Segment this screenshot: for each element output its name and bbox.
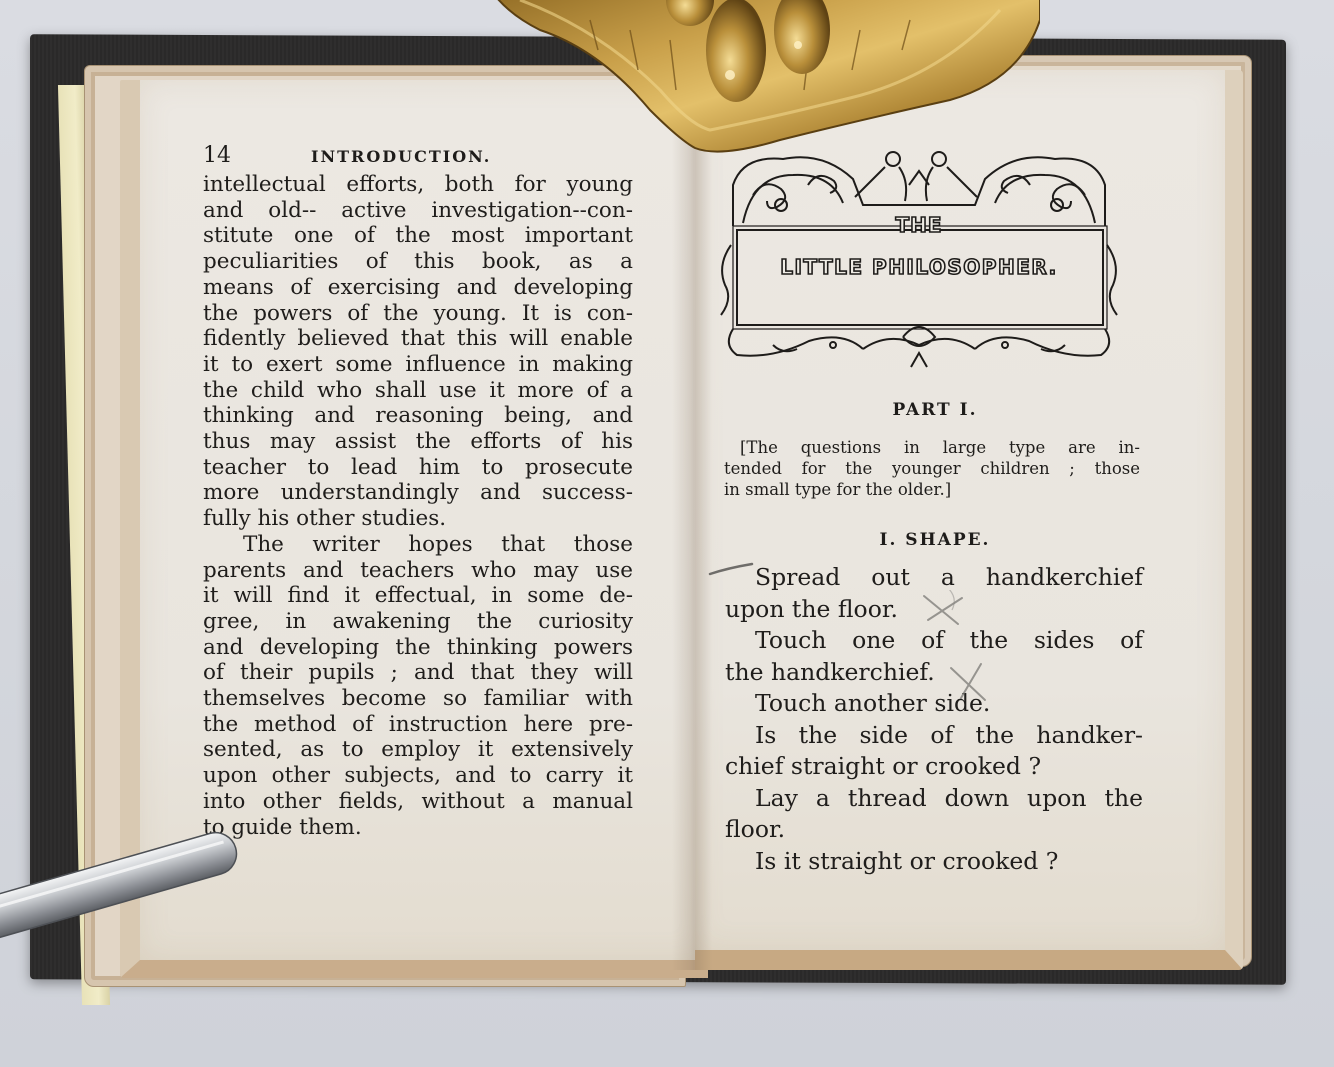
part-heading: PART I.	[720, 400, 1150, 420]
text-line: and old-- active investigation--con-	[203, 198, 633, 224]
brass-ornament-weight-icon	[480, 0, 1040, 160]
text-line: it will find it effectual, in some de-	[203, 583, 633, 609]
metal-rod-pointer-icon	[0, 820, 260, 940]
question-line: upon the floor.	[725, 594, 1143, 626]
text-line: into other fields, without a manual	[203, 789, 633, 815]
text-line: the method of instruction here pre-	[203, 712, 633, 738]
text-line: it to exert some influence in making	[203, 352, 633, 378]
title-line-main: LITTLE PHILOSOPHER.	[713, 255, 1125, 279]
book-gutter	[672, 80, 712, 970]
text-line: and developing the thinking powers	[203, 635, 633, 661]
text-line: parents and teachers who may use	[203, 558, 633, 584]
question-line: floor.	[725, 814, 1143, 846]
question-line: Is it straight or crooked ?	[725, 846, 1143, 878]
note-line: in small type for the older.]	[724, 479, 1140, 500]
question-line: Touch another side.	[725, 688, 1143, 720]
question-line: Touch one of the sides of	[725, 625, 1143, 657]
note-line: tended for the younger children ; those	[724, 458, 1140, 479]
section-heading: I. SHAPE.	[720, 530, 1150, 550]
instruction-note: [The questions in large type are in- ten…	[724, 437, 1140, 500]
book-photo-scene: 14 INTRODUCTION. intellectual efforts, b…	[0, 0, 1334, 1067]
question-line: Is the side of the handker-	[725, 720, 1143, 752]
question-line: Lay a thread down upon the	[725, 783, 1143, 815]
text-line: teacher to lead him to prosecute	[203, 455, 633, 481]
question-line: chief straight or crooked ?	[725, 751, 1143, 783]
text-line: gree, in awakening the curiosity	[203, 609, 633, 635]
text-line: upon other subjects, and to carry it	[203, 763, 633, 789]
question-line: the handkerchief.	[725, 657, 1143, 689]
question-line: Spread out a handkerchief	[725, 562, 1143, 594]
text-line: stitute one of the most important	[203, 223, 633, 249]
text-line: thinking and reasoning being, and	[203, 403, 633, 429]
text-line: fully his other studies.	[203, 506, 633, 532]
note-line: [The questions in large type are in-	[724, 437, 1140, 458]
right-page-body: Spread out a handkerchief upon the floor…	[725, 562, 1143, 877]
text-line: thus may assist the efforts of his	[203, 429, 633, 455]
text-line: sented, as to employ it extensively	[203, 737, 633, 763]
text-line: the powers of the young. It is con-	[203, 301, 633, 327]
text-line: intellectual efforts, both for young	[203, 172, 633, 198]
text-line: more understandingly and success-	[203, 480, 633, 506]
text-line: themselves become so familiar with	[203, 686, 633, 712]
title-cartouche: THE LITTLE PHILOSOPHER.	[713, 145, 1125, 370]
text-line: The writer hopes that those	[203, 532, 633, 558]
text-line: of their pupils ; and that they will	[203, 660, 633, 686]
text-line: fidently believed that this will enable	[203, 326, 633, 352]
title-line-the: THE	[713, 213, 1125, 237]
page-number: 14	[203, 143, 311, 168]
text-line: peculiarities of this book, as a	[203, 249, 633, 275]
running-head: INTRODUCTION.	[311, 147, 491, 166]
text-line: the child who shall use it more of a	[203, 378, 633, 404]
left-page-body: intellectual efforts, both for young and…	[203, 172, 633, 840]
text-line: means of exercising and developing	[203, 275, 633, 301]
text-line: to guide them.	[203, 815, 633, 841]
